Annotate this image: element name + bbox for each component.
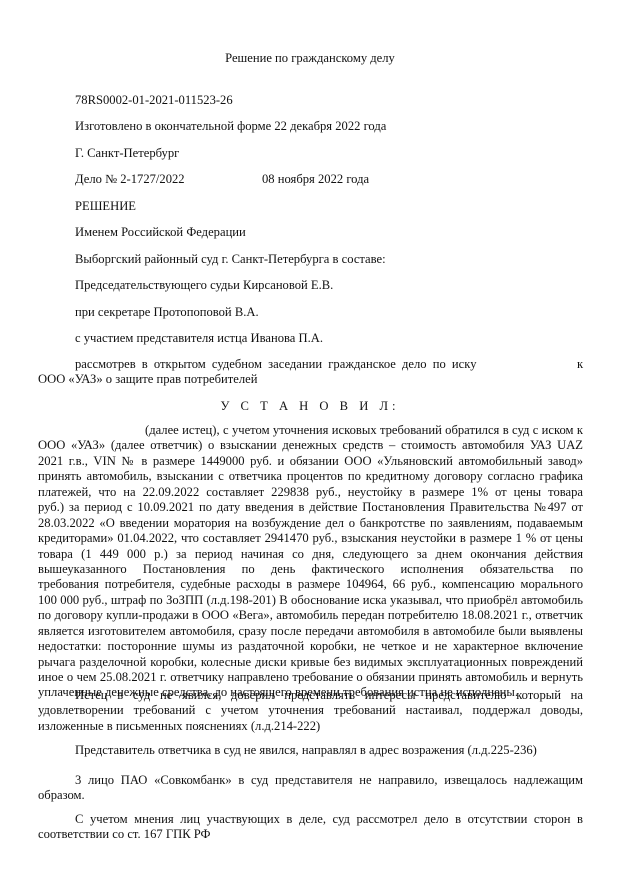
- considering-line-2: ООО «УАЗ» о защите прав потребителей: [38, 371, 257, 387]
- document-page: Решение по гражданскому делу 78RS0002-01…: [0, 0, 620, 877]
- representative: с участием представителя истца Иванова П…: [75, 330, 323, 346]
- case-number: Дело № 2-1727/2022: [75, 171, 185, 187]
- paragraph-third-party: 3 лицо ПАО «Совкомбанк» в суд представит…: [38, 773, 583, 804]
- in-name-of: Именем Российской Федерации: [75, 224, 246, 240]
- decision-heading: РЕШЕНИЕ: [75, 198, 136, 214]
- considering-line-1-end: к: [577, 356, 583, 372]
- secretary: при секретаре Протопоповой В.А.: [75, 304, 259, 320]
- established-heading: У С Т А Н О В И Л:: [0, 398, 620, 414]
- hearing-date: 08 ноября 2022 года: [262, 171, 369, 187]
- paragraph-defendant: Представитель ответчика в суд не явился,…: [75, 742, 537, 758]
- court-name: Выборгский районный суд г. Санкт-Петербу…: [75, 251, 386, 267]
- document-title: Решение по гражданскому делу: [0, 50, 620, 66]
- paragraph-claims: (далее истец), с учетом уточнения исковы…: [38, 423, 583, 701]
- considering-line-1: рассмотрев в открытом судебном заседании…: [75, 356, 477, 372]
- finalized-date: Изготовлено в окончательной форме 22 дек…: [75, 118, 386, 134]
- judge: Председательствующего судьи Кирсановой Е…: [75, 277, 333, 293]
- paragraph-plaintiff: Истец в суд не явился, доверил представл…: [38, 688, 583, 734]
- city: Г. Санкт-Петербург: [75, 145, 179, 161]
- paragraph-absence: С учетом мнения лиц участвующих в деле, …: [38, 812, 583, 843]
- case-uid: 78RS0002-01-2021-011523-26: [75, 92, 233, 108]
